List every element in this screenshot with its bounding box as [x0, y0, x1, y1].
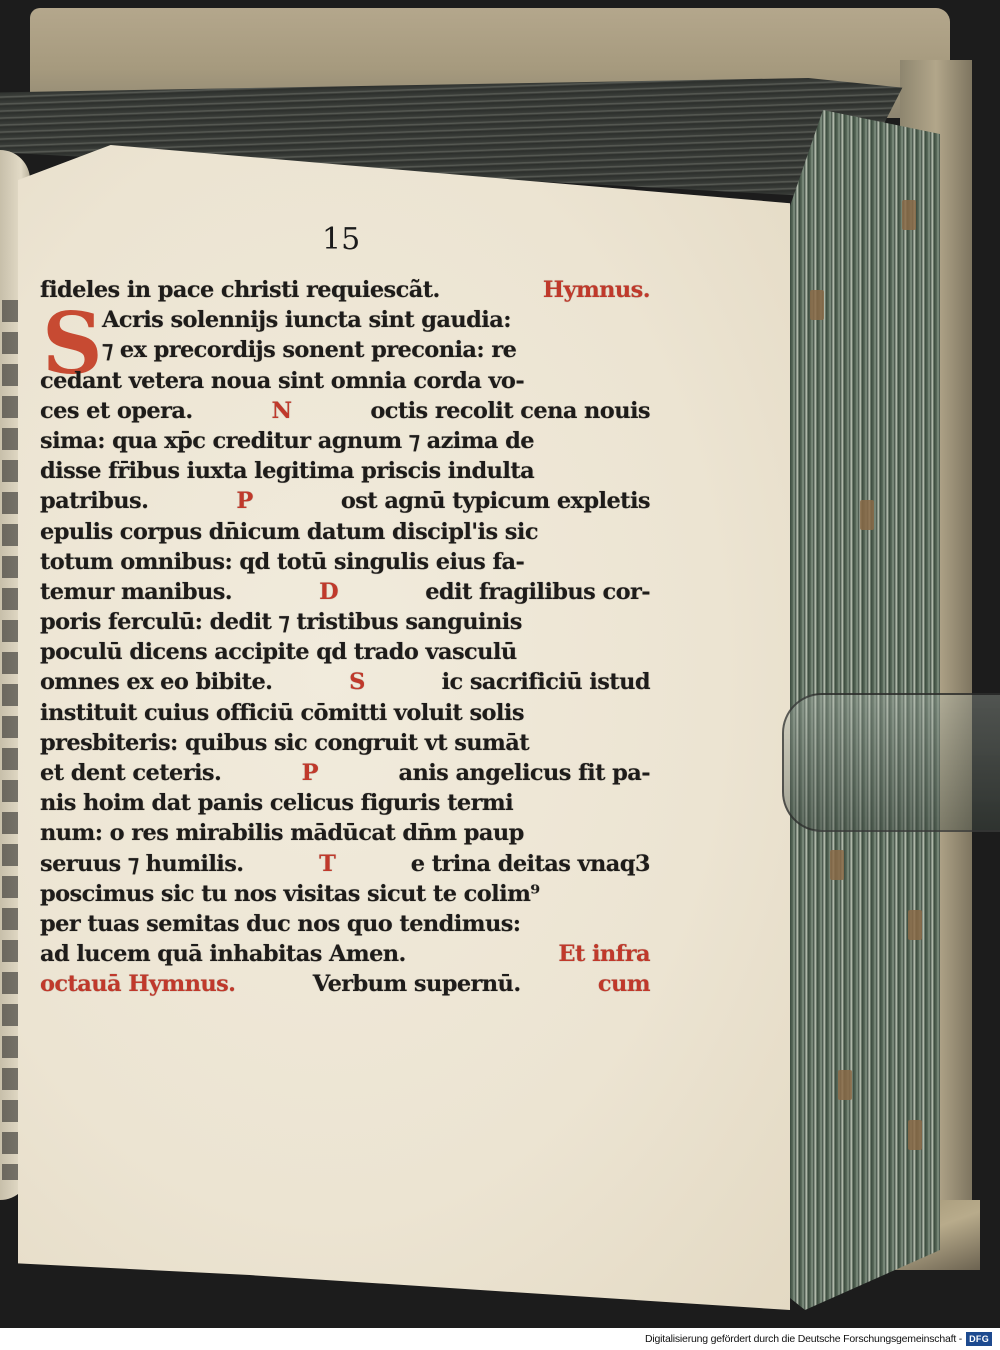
body-text: ad lucem quā inhabitas Amen. [40, 939, 406, 969]
text-line: presbiteris: quibus sic congruit vt sumā… [40, 728, 650, 758]
rubric-text: T [319, 849, 335, 879]
text-line: disse fr̄ibus iuxta legitima priscis ind… [40, 456, 650, 486]
text-line: epulis corpus dn̄icum datum discipl'is s… [40, 517, 650, 547]
body-text: patribus. [40, 486, 148, 516]
page-number: 15 [322, 222, 360, 257]
text-line: ces et opera.Noctis recolit cena nouis [40, 396, 650, 426]
funding-credit: Digitalisierung gefördert durch die Deut… [645, 1333, 962, 1345]
text-line: octauā Hymnus.Verbum supernū.cum [40, 969, 650, 999]
text-line: instituit cuius officiū cōmitti voluit s… [40, 698, 650, 728]
rubric-text: P [302, 758, 318, 788]
rubric-text: cum [598, 969, 650, 999]
body-text: totum omnibus: qd totū singulis eius fa- [40, 547, 524, 577]
text-line: patribus.Post agnū typicum expletis [40, 486, 650, 516]
text-line: per tuas semitas duc nos quo tendimus: [40, 909, 650, 939]
page-tab-marker [838, 1070, 852, 1100]
body-text: seruus ⁊ humilis. [40, 849, 244, 879]
text-line: seruus ⁊ humilis.Te trina deitas vnaq3 [40, 849, 650, 879]
body-text: poris ferculū: dedit ⁊ tristibus sanguin… [40, 607, 522, 637]
body-text: sima: qua xp̄c creditur agnum ⁊ azima de [40, 426, 534, 456]
body-text: fideles in pace christi requiescãt. [40, 275, 440, 305]
text-line: Acris solennijs iuncta sint gaudia: [40, 305, 650, 335]
rubric-text: Et infra [558, 939, 650, 969]
body-text: poscimus sic tu nos visitas sicut te col… [40, 879, 540, 909]
text-line: nis hoim dat panis celicus figuris termi [40, 788, 650, 818]
body-text: nis hoim dat panis celicus figuris termi [40, 788, 513, 818]
body-text: epulis corpus dn̄icum datum discipl'is s… [40, 517, 538, 547]
body-text: Acris solennijs iuncta sint gaudia: [102, 305, 511, 335]
body-text: ⁊ ex precordijs sonent preconia: re [102, 335, 516, 365]
text-line: poscimus sic tu nos visitas sicut te col… [40, 879, 650, 909]
rubric-text: S [349, 667, 365, 697]
body-text: Verbum supernū. [313, 969, 521, 999]
text-line: sima: qua xp̄c creditur agnum ⁊ azima de [40, 426, 650, 456]
page-tab-marker [908, 1120, 922, 1150]
page-tab-marker [902, 200, 916, 230]
body-text: poculū dicens accipite qd trado vasculū [40, 637, 517, 667]
glass-page-weight [782, 693, 1000, 832]
body-text: ces et opera. [40, 396, 193, 426]
body-text: instituit cuius officiū cōmitti voluit s… [40, 698, 524, 728]
page-tab-marker [830, 850, 844, 880]
text-line: poris ferculū: dedit ⁊ tristibus sanguin… [40, 607, 650, 637]
text-line: num: o res mirabilis mādūcat dn̄m paup [40, 818, 650, 848]
text-line: ad lucem quā inhabitas Amen.Et infra [40, 939, 650, 969]
footer-credit-bar: Digitalisierung gefördert durch die Deut… [0, 1328, 1000, 1350]
rubric-text: P [236, 486, 252, 516]
text-line: ⁊ ex precordijs sonent preconia: re [40, 335, 650, 365]
body-text: num: o res mirabilis mādūcat dn̄m paup [40, 818, 524, 848]
body-text: disse fr̄ibus iuxta legitima priscis ind… [40, 456, 534, 486]
text-line: omnes ex eo bibite.Sic sacrificiū istud [40, 667, 650, 697]
text-line: cedant vetera noua sint omnia corda vo- [40, 366, 650, 396]
body-text: et dent ceteris. [40, 758, 221, 788]
text-line: totum omnibus: qd totū singulis eius fa- [40, 547, 650, 577]
body-text: presbiteris: quibus sic congruit vt sumā… [40, 728, 529, 758]
page-tab-marker [908, 910, 922, 940]
body-text: edit fragilibus cor- [425, 577, 650, 607]
rubric-text: N [271, 396, 291, 426]
text-line: fideles in pace christi requiescãt.Hymnu… [40, 275, 650, 305]
body-text: anis angelicus fit pa- [398, 758, 650, 788]
body-text: ost agnū typicum expletis [341, 486, 650, 516]
dfg-logo: DFG [966, 1332, 992, 1346]
rubric-text: Hymnus. [543, 275, 650, 305]
body-text: omnes ex eo bibite. [40, 667, 272, 697]
text-line: et dent ceteris.Panis angelicus fit pa- [40, 758, 650, 788]
page-tab-marker [810, 290, 824, 320]
text-line: poculū dicens accipite qd trado vasculū [40, 637, 650, 667]
book-scan-image: 15 S fideles in pace christi requiescãt.… [0, 0, 1000, 1328]
rubric-text: octauā Hymnus. [40, 969, 235, 999]
body-text: temur manibus. [40, 577, 232, 607]
body-text: e trina deitas vnaq3 [411, 849, 650, 879]
body-text: per tuas semitas duc nos quo tendimus: [40, 909, 520, 939]
body-text: ic sacrificiū istud [442, 667, 650, 697]
rubric-text: D [319, 577, 338, 607]
text-line: temur manibus.Dedit fragilibus cor- [40, 577, 650, 607]
printed-text-block: fideles in pace christi requiescãt.Hymnu… [40, 275, 650, 1000]
page-tab-marker [860, 500, 874, 530]
body-text: octis recolit cena nouis [370, 396, 650, 426]
body-text: cedant vetera noua sint omnia corda vo- [40, 366, 524, 396]
